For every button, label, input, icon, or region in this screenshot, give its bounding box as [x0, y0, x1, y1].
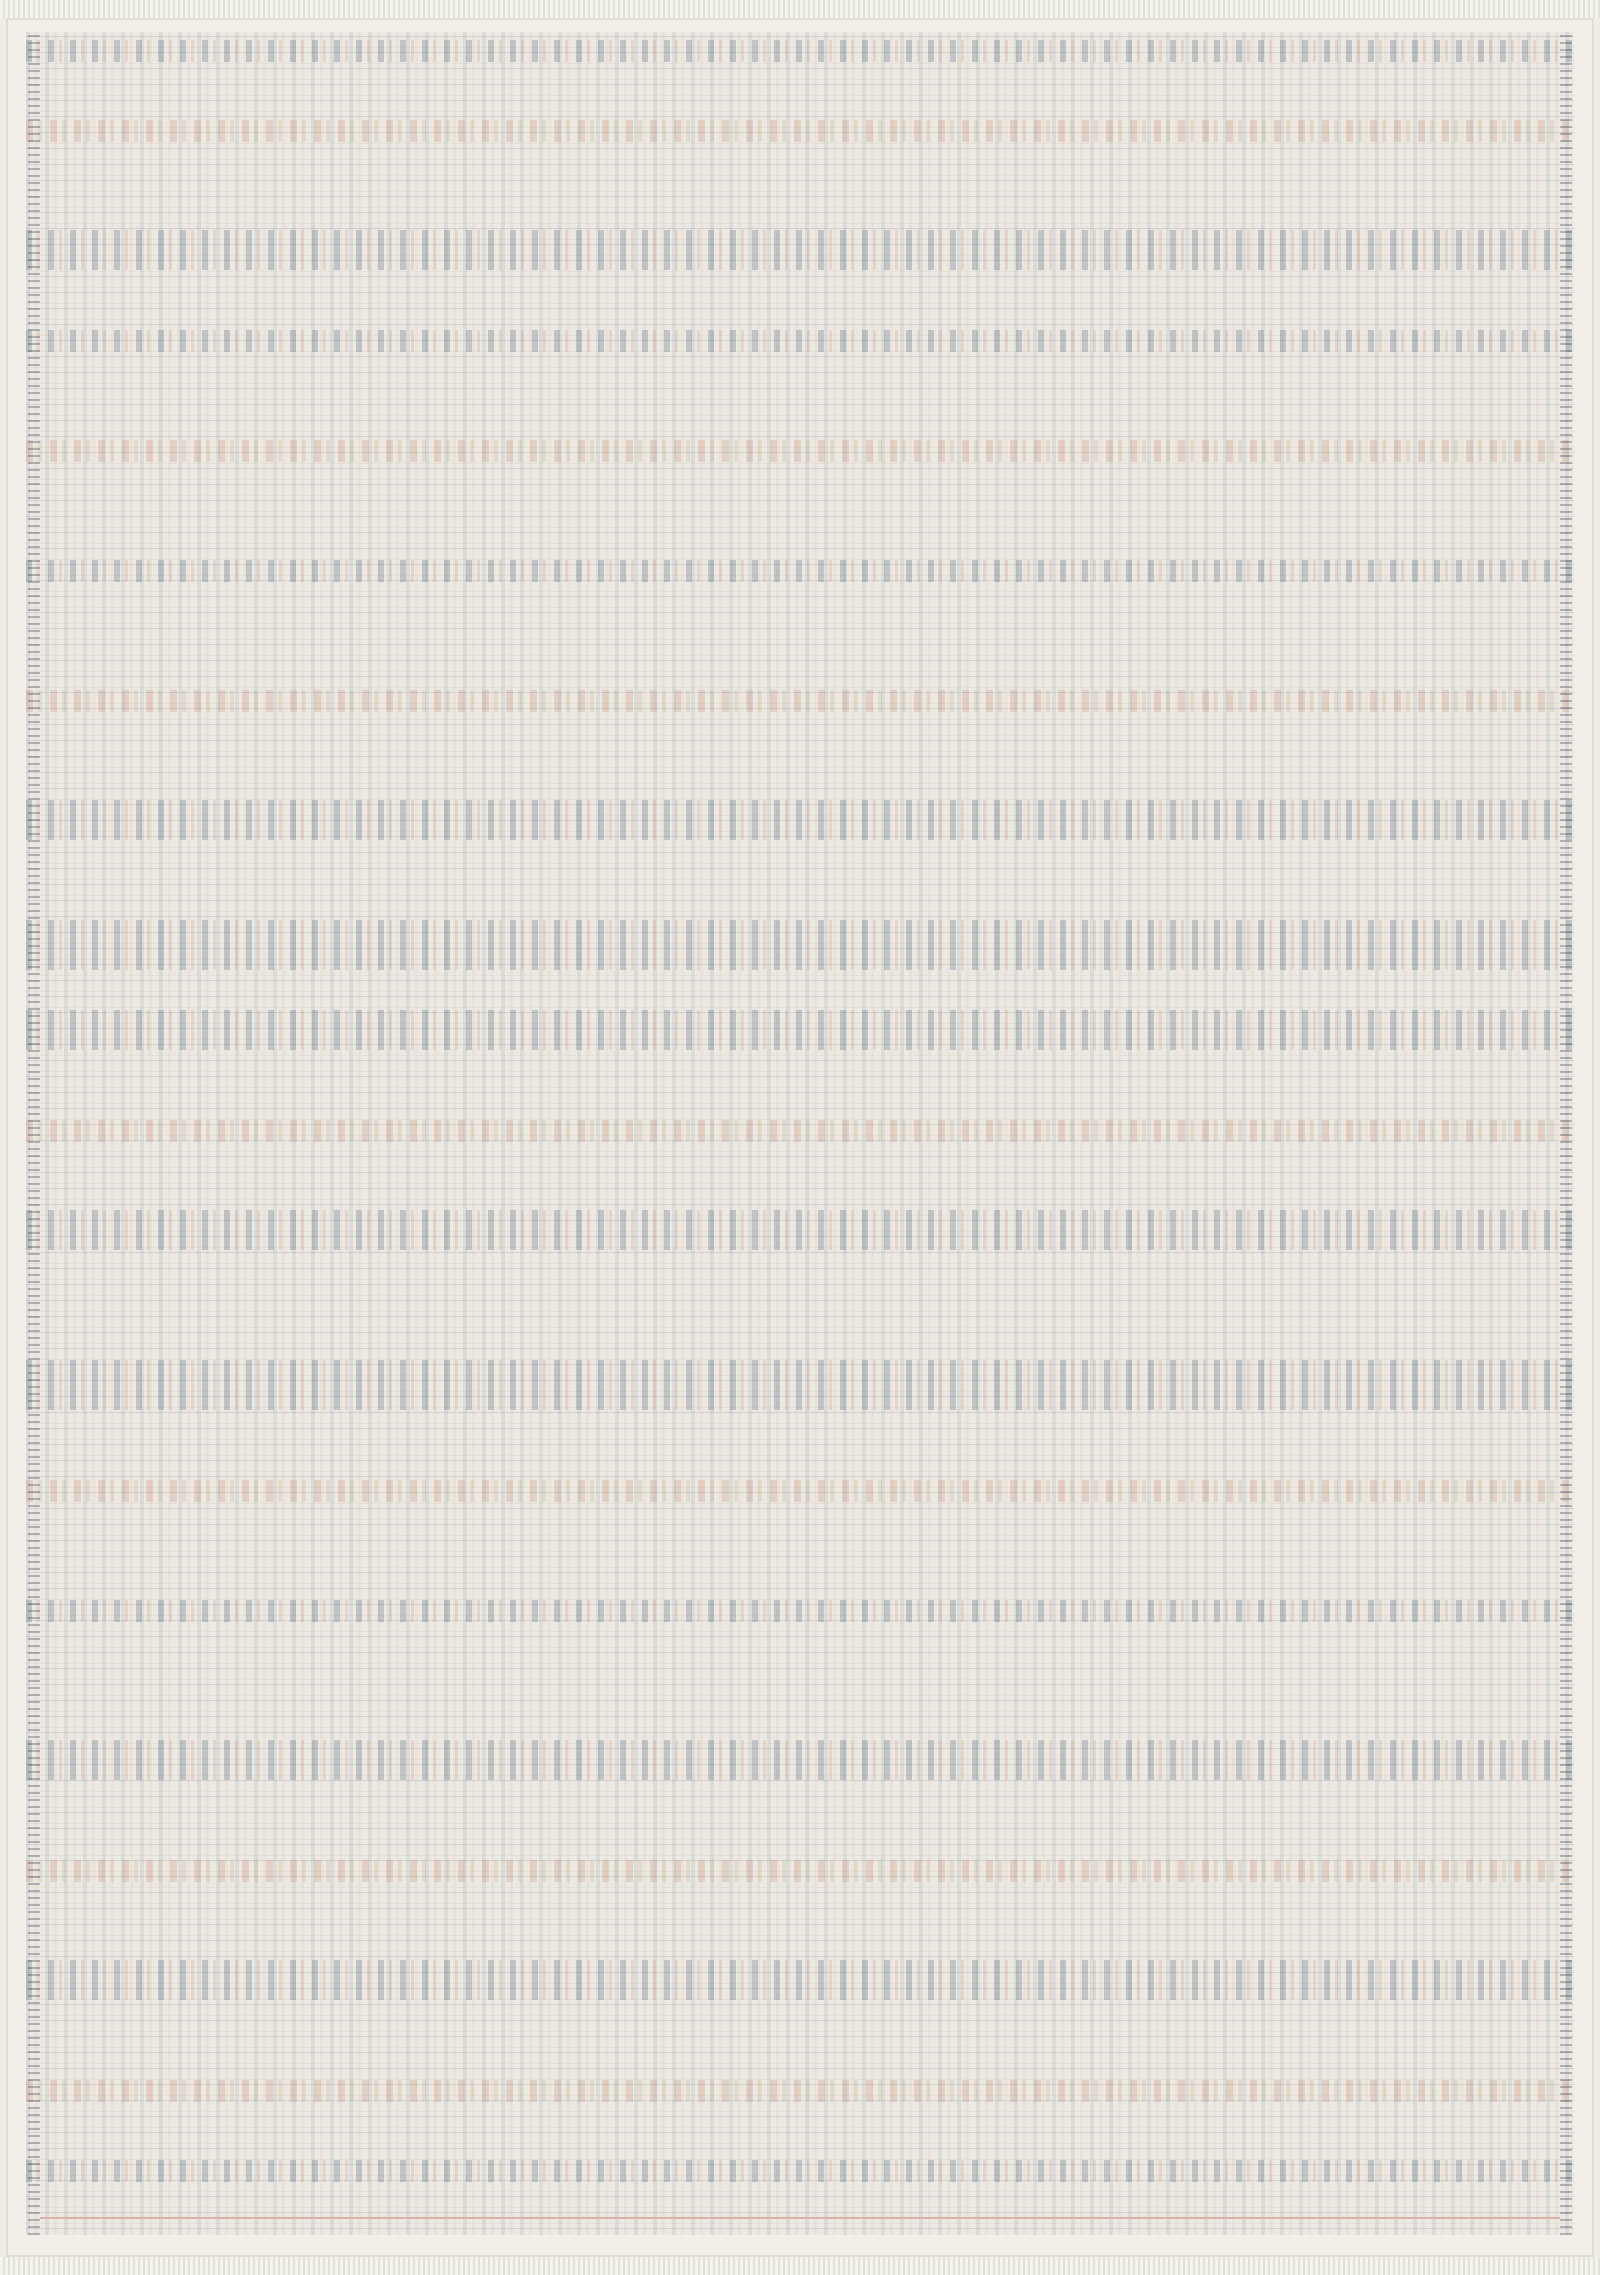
- bottom-accent-line: [40, 2217, 1560, 2219]
- motif-band: [26, 800, 1574, 840]
- motif-band: [26, 1360, 1574, 1410]
- motif-band: [26, 40, 1574, 62]
- motif-band: [26, 230, 1574, 270]
- top-fringe: [0, 0, 1600, 18]
- motif-band: [26, 1210, 1574, 1250]
- motif-band: [26, 2080, 1574, 2102]
- right-edge-motif: [1560, 32, 1572, 2235]
- motif-band: [26, 690, 1574, 712]
- motif-band: [26, 1480, 1574, 1502]
- motif-band: [26, 2160, 1574, 2182]
- rug-image: [0, 0, 1600, 2275]
- motif-band: [26, 440, 1574, 462]
- motif-band: [26, 1120, 1574, 1142]
- motif-band: [26, 330, 1574, 352]
- motif-band: [26, 1740, 1574, 1780]
- motif-band: [26, 1010, 1574, 1050]
- motif-band: [26, 1860, 1574, 1882]
- bottom-fringe: [0, 2257, 1600, 2275]
- motif-band: [26, 560, 1574, 582]
- motif-band: [26, 920, 1574, 970]
- left-edge-motif: [28, 32, 40, 2235]
- motif-band: [26, 1600, 1574, 1622]
- motif-band: [26, 120, 1574, 142]
- motif-band: [26, 1960, 1574, 2000]
